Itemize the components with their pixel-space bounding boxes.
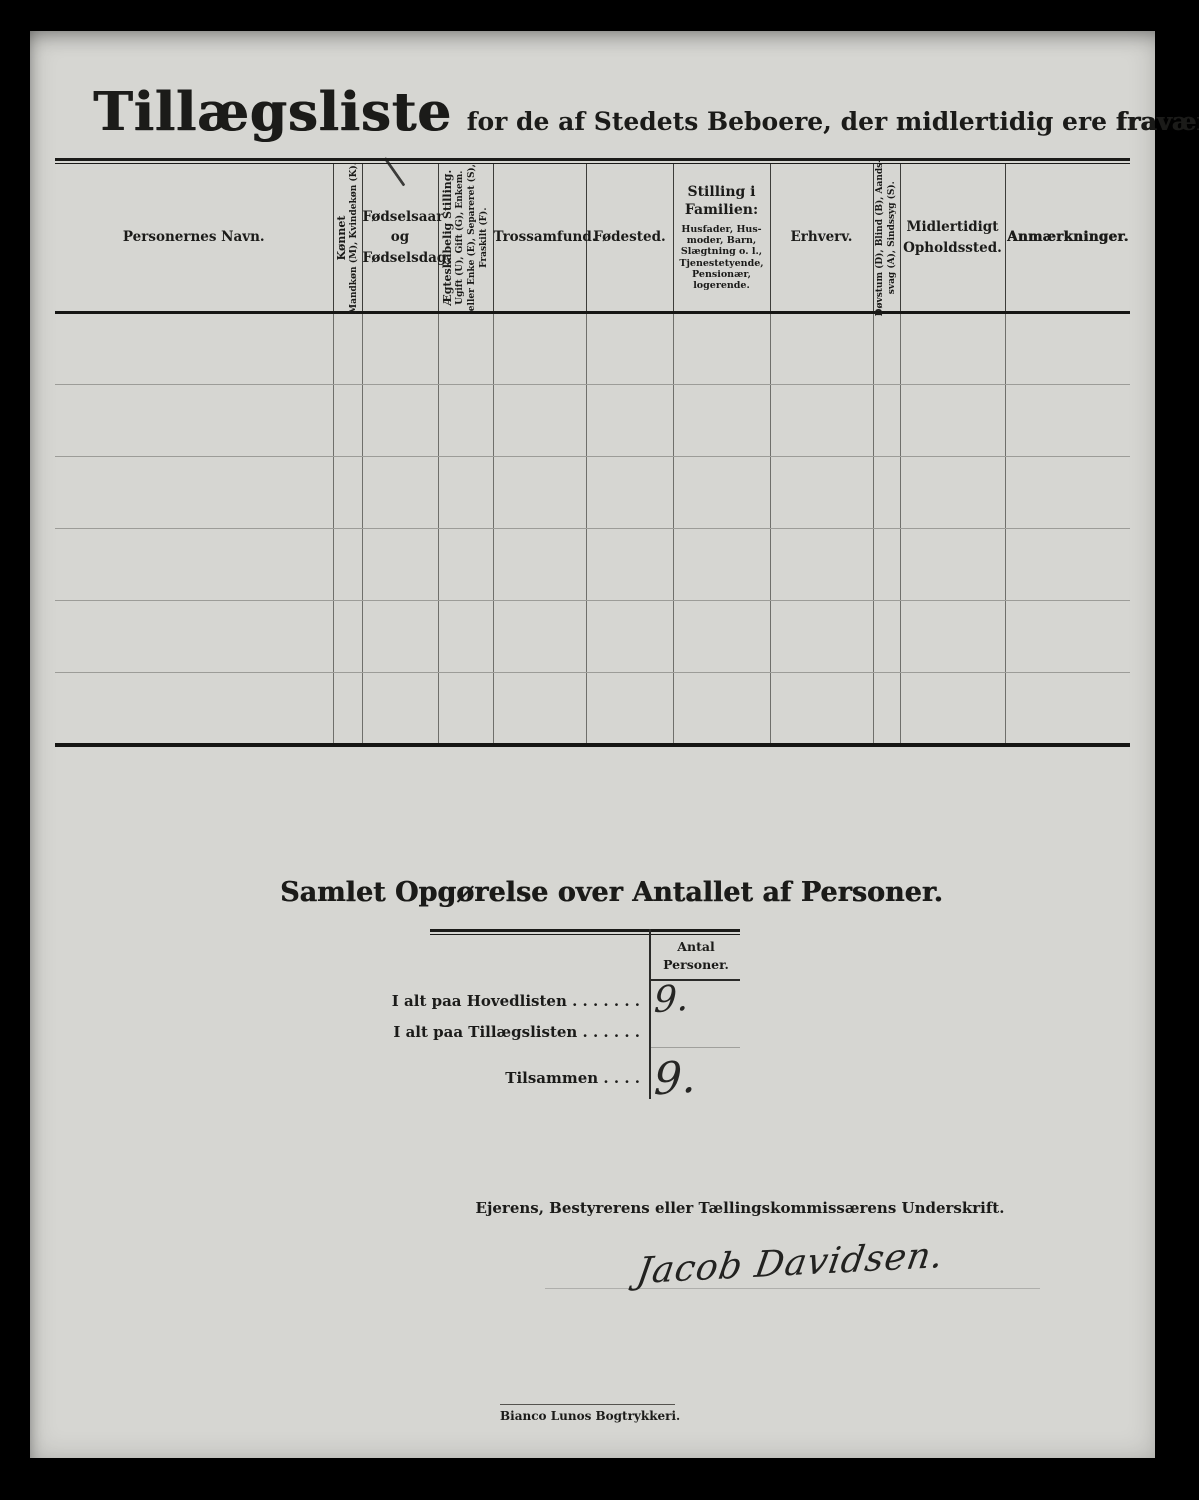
- table-row: [55, 385, 1130, 457]
- table-cell-empty: [493, 529, 586, 601]
- column-header-marital-codes2: eller Enke (E), Separeret (S),: [467, 164, 479, 311]
- table-cell-empty: [770, 313, 873, 385]
- summary-row-total-value: 9.: [654, 1053, 696, 1104]
- census-table: Personernes Navn. Kønnet Mandkøn (M), Kv…: [55, 164, 1130, 747]
- column-header-temporary-residence: Midlertidigt Opholdssted.: [900, 164, 1005, 313]
- table-cell-empty: [493, 673, 586, 745]
- table-cell-empty: [55, 385, 333, 457]
- table-cell-empty: [493, 385, 586, 457]
- table-row: [55, 529, 1130, 601]
- table-cell-empty: [673, 385, 770, 457]
- table-cell-empty: [55, 673, 333, 745]
- column-header-birthdate-line3: Fødselsdag.: [363, 248, 438, 268]
- summary-count-header-line2: Personer.: [651, 956, 741, 974]
- table-cell-empty: [438, 673, 493, 745]
- summary-row-supplement-label: I alt paa Tillægslisten . . . . . .: [380, 1023, 640, 1041]
- table-row: [55, 457, 1130, 529]
- table-cell-empty: [770, 385, 873, 457]
- table-cell-empty: [586, 313, 673, 385]
- table-cell-empty: [900, 313, 1005, 385]
- summary-count-header-line1: Antal: [651, 938, 741, 956]
- table-cell-empty: [900, 385, 1005, 457]
- table-cell-empty: [1005, 673, 1130, 745]
- handwritten-count-mainlist: 9.: [653, 978, 689, 1022]
- table-cell-empty: [55, 457, 333, 529]
- table-cell-empty: [673, 529, 770, 601]
- scanned-form-page: Tillægsliste for de af Stedets Beboere, …: [30, 31, 1155, 1458]
- table-cell-empty: [55, 601, 333, 673]
- column-header-residence-line1: Midlertidigt: [901, 217, 1005, 237]
- column-header-religion: Trossamfund.: [493, 164, 586, 313]
- table-row: [55, 673, 1130, 745]
- table-cell-empty: [438, 385, 493, 457]
- table-cell-empty: [493, 601, 586, 673]
- table-cell-empty: [493, 457, 586, 529]
- table-cell-empty: [673, 601, 770, 673]
- table-cell-empty: [362, 313, 438, 385]
- column-header-family-title2: Familien:: [674, 201, 770, 219]
- column-header-marital-status: Ægteskabelig Stilling. Ugift (U), Gift (…: [438, 164, 493, 313]
- table-cell-empty: [362, 601, 438, 673]
- column-header-birthplace-label: Fødested.: [587, 227, 673, 247]
- table-cell-empty: [873, 529, 900, 601]
- table-cell-empty: [900, 601, 1005, 673]
- table-cell-empty: [900, 673, 1005, 745]
- column-header-family-position: Stilling i Familien: Husfader, Hus- mode…: [673, 164, 770, 313]
- summary-row-mainlist-label: I alt paa Hovedlisten . . . . . . .: [380, 992, 640, 1010]
- table-cell-empty: [1005, 313, 1130, 385]
- table-cell-empty: [900, 529, 1005, 601]
- column-header-family-title1: Stilling i: [674, 183, 770, 201]
- handwritten-signature-text: Jacob Davidsen.: [633, 1235, 946, 1292]
- column-header-remarks: Anmærkninger.: [1005, 164, 1130, 313]
- handwritten-count-total: 9.: [653, 1051, 697, 1105]
- table-cell-empty: [873, 313, 900, 385]
- column-header-birthdate: Fødselsaar og Fødselsdag.: [362, 164, 438, 313]
- handwritten-signature: Jacob Davidsen.: [590, 1243, 990, 1284]
- column-header-name: Personernes Navn.: [55, 164, 333, 313]
- table-cell-empty: [586, 457, 673, 529]
- column-header-occupation: Erhverv.: [770, 164, 873, 313]
- table-cell-empty: [873, 601, 900, 673]
- column-header-remarks-label: Anmærkninger.: [1006, 227, 1131, 247]
- column-header-residence-line2: Opholdssted.: [901, 238, 1005, 258]
- table-cell-empty: [1005, 385, 1130, 457]
- table-cell-empty: [586, 673, 673, 745]
- column-header-birthdate-line1: Fødselsaar: [363, 207, 438, 227]
- table-cell-empty: [770, 529, 873, 601]
- summary-row-mainlist-value: 9.: [654, 979, 688, 1020]
- table-cell-empty: [362, 529, 438, 601]
- table-cell-empty: [362, 673, 438, 745]
- table-cell-empty: [770, 457, 873, 529]
- table-cell-empty: [333, 601, 362, 673]
- table-cell-empty: [438, 601, 493, 673]
- column-header-disability: Døvstum (D), Blind (B), Aands- svag (A),…: [873, 164, 900, 313]
- column-header-name-label: Personernes Navn.: [55, 227, 333, 247]
- column-header-family-small6: logerende.: [674, 280, 770, 291]
- column-header-disability-line2: svag (A), Sindssyg (S).: [887, 159, 899, 316]
- column-header-birthdate-line2: og: [363, 227, 438, 247]
- summary-top-rule: [430, 929, 740, 935]
- form-subtitle: for de af Stedets Beboere, der midlertid…: [467, 107, 1199, 136]
- table-cell-empty: [873, 457, 900, 529]
- column-header-family-small3: Slægtning o. l.,: [674, 246, 770, 257]
- table-cell-empty: [493, 313, 586, 385]
- column-header-marital-codes3: Fraskilt (F).: [479, 164, 491, 311]
- summary-row-total-label: Tilsammen . . . .: [380, 1069, 640, 1087]
- table-cell-empty: [333, 673, 362, 745]
- column-header-sex-title: Kønnet: [335, 162, 349, 314]
- summary-count-header: Antal Personer.: [651, 938, 741, 974]
- table-cell-empty: [55, 529, 333, 601]
- table-cell-empty: [333, 385, 362, 457]
- column-header-birthplace: Fødested.: [586, 164, 673, 313]
- column-header-family-small5: Pensionær,: [674, 269, 770, 280]
- table-cell-empty: [873, 673, 900, 745]
- table-cell-empty: [586, 385, 673, 457]
- table-cell-empty: [333, 529, 362, 601]
- table-row: [55, 313, 1130, 385]
- form-title-row: Tillægsliste for de af Stedets Beboere, …: [93, 81, 1133, 143]
- table-cell-empty: [55, 313, 333, 385]
- column-header-occupation-label: Erhverv.: [771, 227, 873, 247]
- table-cell-empty: [770, 673, 873, 745]
- table-cell-empty: [1005, 457, 1130, 529]
- table-cell-empty: [438, 529, 493, 601]
- column-header-marital-title: Ægteskabelig Stilling.: [441, 164, 455, 311]
- table-cell-empty: [770, 601, 873, 673]
- table-cell-empty: [586, 601, 673, 673]
- form-title: Tillægsliste: [93, 81, 452, 143]
- table-cell-empty: [333, 313, 362, 385]
- printer-imprint: Bianco Lunos Bogtrykkeri.: [500, 1404, 675, 1423]
- table-cell-empty: [673, 673, 770, 745]
- signature-label: Ejerens, Bestyrerens eller Tællingskommi…: [470, 1199, 1010, 1217]
- table-cell-empty: [1005, 529, 1130, 601]
- column-header-marital-codes1: Ugift (U), Gift (G), Enkem.: [455, 164, 467, 311]
- form-subtitle-text: for de af Stedets Beboere, der midlertid…: [467, 107, 1107, 136]
- table-cell-empty: [673, 313, 770, 385]
- table-cell-empty: [873, 385, 900, 457]
- summary-subtotal-rule: [651, 1047, 740, 1048]
- column-header-family-small2: moder, Barn,: [674, 235, 770, 246]
- table-cell-empty: [362, 457, 438, 529]
- column-header-family-small4: Tjenestetyende,: [674, 258, 770, 269]
- table-cell-empty: [673, 457, 770, 529]
- table-cell-empty: [1005, 601, 1130, 673]
- form-subtitle-emphasis: fraværende.: [1116, 107, 1199, 136]
- table-cell-empty: [438, 457, 493, 529]
- table-cell-empty: [900, 457, 1005, 529]
- table-cell-empty: [362, 385, 438, 457]
- table-cell-empty: [586, 529, 673, 601]
- column-header-family-small1: Husfader, Hus-: [674, 224, 770, 235]
- summary-heading: Samlet Opgørelse over Antallet af Person…: [280, 877, 900, 908]
- signature-baseline: [545, 1288, 1040, 1289]
- column-header-disability-line1: Døvstum (D), Blind (B), Aands-: [875, 159, 887, 316]
- table-top-rule: [55, 158, 1130, 164]
- census-table-section: Personernes Navn. Kønnet Mandkøn (M), Kv…: [55, 158, 1130, 747]
- table-row: [55, 601, 1130, 673]
- header-row: Personernes Navn. Kønnet Mandkøn (M), Kv…: [55, 164, 1130, 313]
- column-header-sex-codes: Mandkøn (M), Kvindekøn (K).: [349, 162, 361, 314]
- table-cell-empty: [333, 457, 362, 529]
- column-header-sex: Kønnet Mandkøn (M), Kvindekøn (K).: [333, 164, 362, 313]
- column-header-religion-label: Trossamfund.: [494, 227, 586, 247]
- table-cell-empty: [438, 313, 493, 385]
